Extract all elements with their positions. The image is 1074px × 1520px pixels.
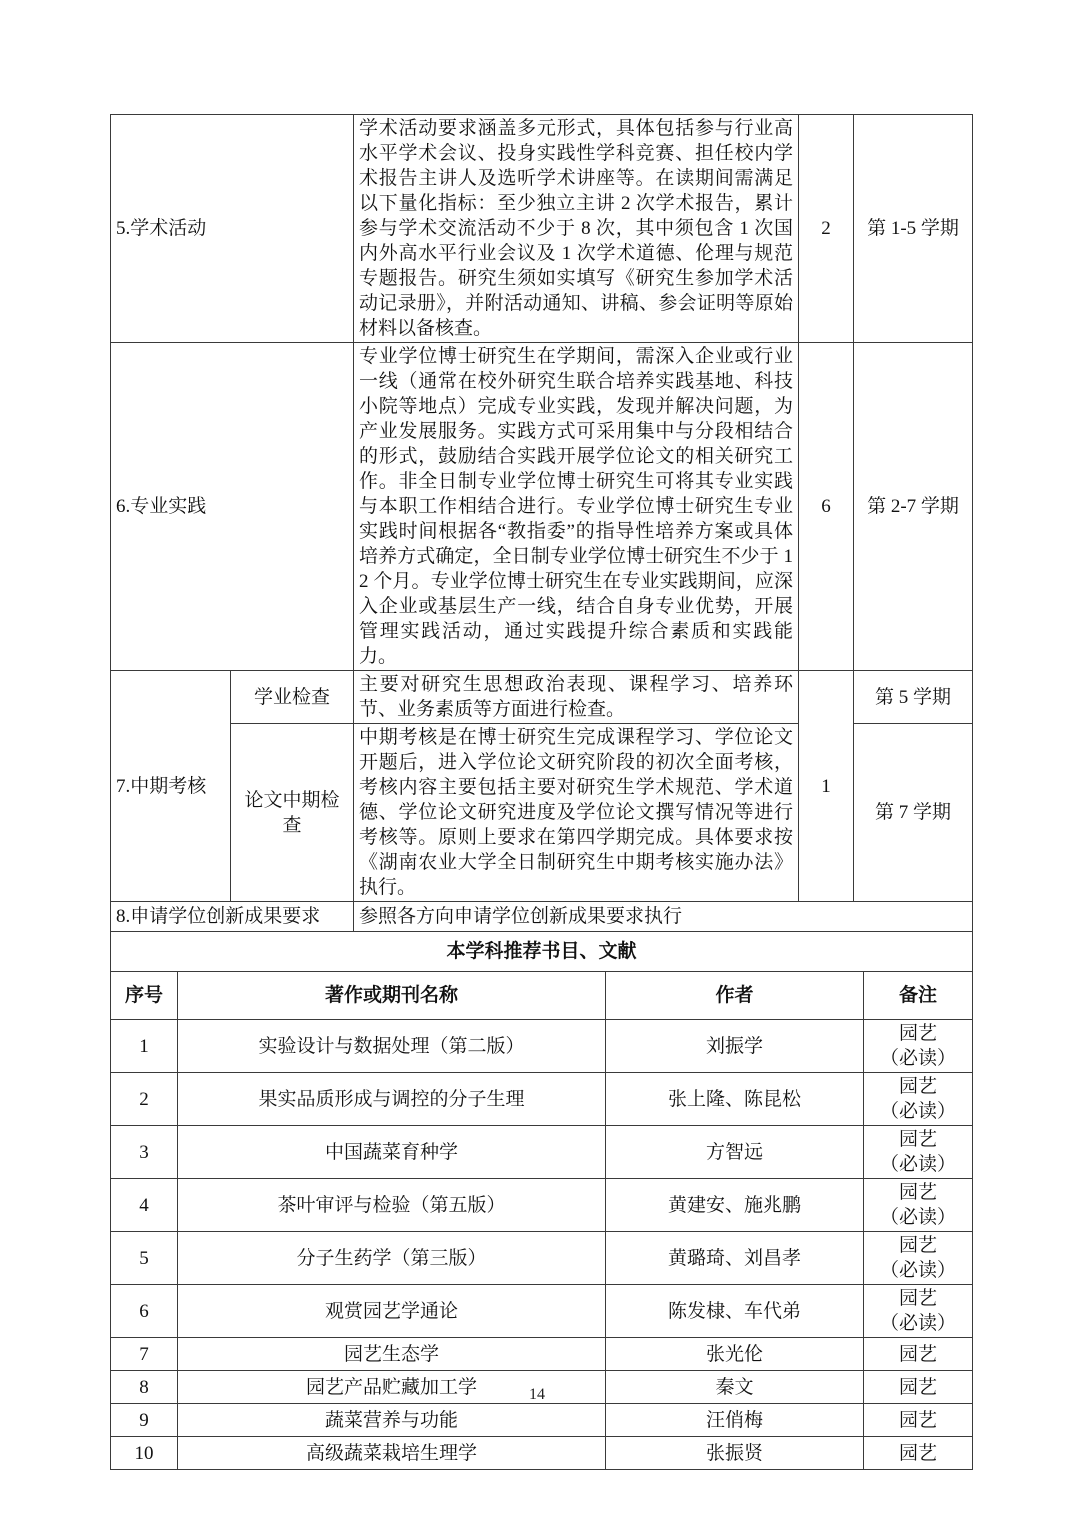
book-index-cell: 10	[111, 1437, 178, 1470]
book-author-cell: 张上隆、陈昆松	[606, 1073, 864, 1126]
book-author-cell: 黄璐琦、刘昌孝	[606, 1232, 864, 1285]
row7-academic-check-description: 主要对研究生思想政治表现、课程学习、培养环节、业务素质等方面进行检查。	[354, 671, 799, 724]
book-title-cell: 高级蔬菜栽培生理学	[178, 1437, 606, 1470]
book-title-cell: 茶叶审评与检验（第五版）	[178, 1179, 606, 1232]
book-title-cell: 实验设计与数据处理（第二版）	[178, 1020, 606, 1073]
row6-description: 专业学位博士研究生在学期间，需深入企业或行业一线（通常在校外研究生联合培养实践基…	[354, 343, 799, 671]
books-section-header-table: 本学科推荐书目、文献	[110, 931, 973, 972]
row5-item-label: 5.学术活动	[111, 115, 354, 343]
row5-description: 学术活动要求涵盖多元形式，具体包括参与行业高水平学术会议、投身实践性学科竞赛、担…	[354, 115, 799, 343]
book-author-cell: 方智远	[606, 1126, 864, 1179]
row5-semester: 第 1-5 学期	[854, 115, 973, 343]
row6-item-label: 6.专业实践	[111, 343, 354, 671]
book-author-cell: 黄建安、施兆鹏	[606, 1179, 864, 1232]
book-row: 5 分子生药学（第三版） 黄璐琦、刘昌孝 园艺 （必读）	[111, 1232, 973, 1285]
book-remark-cell: 园艺 （必读）	[864, 1179, 973, 1232]
book-remark-cell: 园艺 （必读）	[864, 1073, 973, 1126]
page-number: 14	[0, 1386, 1074, 1404]
row7-item-label: 7.中期考核	[111, 671, 231, 902]
book-row: 3 中国蔬菜育种学 方智远 园艺 （必读）	[111, 1126, 973, 1179]
row6-semester: 第 2-7 学期	[854, 343, 973, 671]
book-index-cell: 1	[111, 1020, 178, 1073]
book-title-cell: 蔬菜营养与功能	[178, 1404, 606, 1437]
book-remark-cell: 园艺 （必读）	[864, 1020, 973, 1073]
books-header-index: 序号	[111, 972, 178, 1020]
table-row-degree-innovation-requirements: 8.申请学位创新成果要求 参照各方向申请学位创新成果要求执行	[111, 902, 973, 932]
book-author-cell: 张光伦	[606, 1338, 864, 1371]
row7-academic-check-label: 学业检查	[231, 671, 354, 724]
book-title-cell: 分子生药学（第三版）	[178, 1232, 606, 1285]
book-remark-cell: 园艺	[864, 1437, 973, 1470]
book-index-cell: 2	[111, 1073, 178, 1126]
book-remark-cell: 园艺 （必读）	[864, 1126, 973, 1179]
book-title-cell: 果实品质形成与调控的分子生理	[178, 1073, 606, 1126]
document-body: 5.学术活动 学术活动要求涵盖多元形式，具体包括参与行业高水平学术会议、投身实践…	[110, 115, 972, 1470]
table-row-academic-activities: 5.学术活动 学术活动要求涵盖多元形式，具体包括参与行业高水平学术会议、投身实践…	[111, 115, 973, 343]
row6-credit: 6	[799, 343, 854, 671]
row5-credit: 2	[799, 115, 854, 343]
books-header-row: 序号 著作或期刊名称 作者 备注	[111, 972, 973, 1020]
row8-description: 参照各方向申请学位创新成果要求执行	[354, 902, 973, 932]
row7-thesis-check-semester: 第 7 学期	[854, 724, 973, 902]
book-row: 7 园艺生态学 张光伦 园艺	[111, 1338, 973, 1371]
book-row: 1 实验设计与数据处理（第二版） 刘振学 园艺 （必读）	[111, 1020, 973, 1073]
book-row: 9 蔬菜营养与功能 汪俏梅 园艺	[111, 1404, 973, 1437]
book-author-cell: 陈发棣、车代弟	[606, 1285, 864, 1338]
book-index-cell: 5	[111, 1232, 178, 1285]
book-index-cell: 7	[111, 1338, 178, 1371]
row7-thesis-check-description: 中期考核是在博士研究生完成课程学习、学位论文开题后，进入学位论文研究阶段的初次全…	[354, 724, 799, 902]
book-remark-cell: 园艺	[864, 1338, 973, 1371]
book-remark-cell: 园艺 （必读）	[864, 1285, 973, 1338]
book-index-cell: 3	[111, 1126, 178, 1179]
book-title-cell: 观赏园艺学通论	[178, 1285, 606, 1338]
book-row: 10 高级蔬菜栽培生理学 张振贤 园艺	[111, 1437, 973, 1470]
book-index-cell: 4	[111, 1179, 178, 1232]
book-row: 4 茶叶审评与检验（第五版） 黄建安、施兆鹏 园艺 （必读）	[111, 1179, 973, 1232]
book-title-cell: 园艺生态学	[178, 1338, 606, 1371]
table-row-professional-practice: 6.专业实践 专业学位博士研究生在学期间，需深入企业或行业一线（通常在校外研究生…	[111, 343, 973, 671]
books-section-header-row: 本学科推荐书目、文献	[111, 932, 973, 972]
book-author-cell: 汪俏梅	[606, 1404, 864, 1437]
training-plan-table: 5.学术活动 学术活动要求涵盖多元形式，具体包括参与行业高水平学术会议、投身实践…	[110, 114, 973, 932]
row8-item-label: 8.申请学位创新成果要求	[111, 902, 354, 932]
table-row-midterm-academic-check: 7.中期考核 学业检查 主要对研究生思想政治表现、课程学习、培养环节、业务素质等…	[111, 671, 973, 724]
books-header-title: 著作或期刊名称	[178, 972, 606, 1020]
row7-academic-check-semester: 第 5 学期	[854, 671, 973, 724]
book-index-cell: 9	[111, 1404, 178, 1437]
books-section-title: 本学科推荐书目、文献	[111, 932, 973, 972]
books-header-remark: 备注	[864, 972, 973, 1020]
book-author-cell: 张振贤	[606, 1437, 864, 1470]
book-row: 2 果实品质形成与调控的分子生理 张上隆、陈昆松 园艺 （必读）	[111, 1073, 973, 1126]
book-row: 6 观赏园艺学通论 陈发棣、车代弟 园艺 （必读）	[111, 1285, 973, 1338]
document-page: 5.学术活动 学术活动要求涵盖多元形式，具体包括参与行业高水平学术会议、投身实践…	[0, 0, 1074, 1520]
book-remark-cell: 园艺 （必读）	[864, 1232, 973, 1285]
book-remark-cell: 园艺	[864, 1404, 973, 1437]
row7-thesis-check-label: 论文中期检查	[231, 724, 354, 902]
row7-credit: 1	[799, 671, 854, 902]
book-index-cell: 6	[111, 1285, 178, 1338]
book-title-cell: 中国蔬菜育种学	[178, 1126, 606, 1179]
books-header-author: 作者	[606, 972, 864, 1020]
book-author-cell: 刘振学	[606, 1020, 864, 1073]
